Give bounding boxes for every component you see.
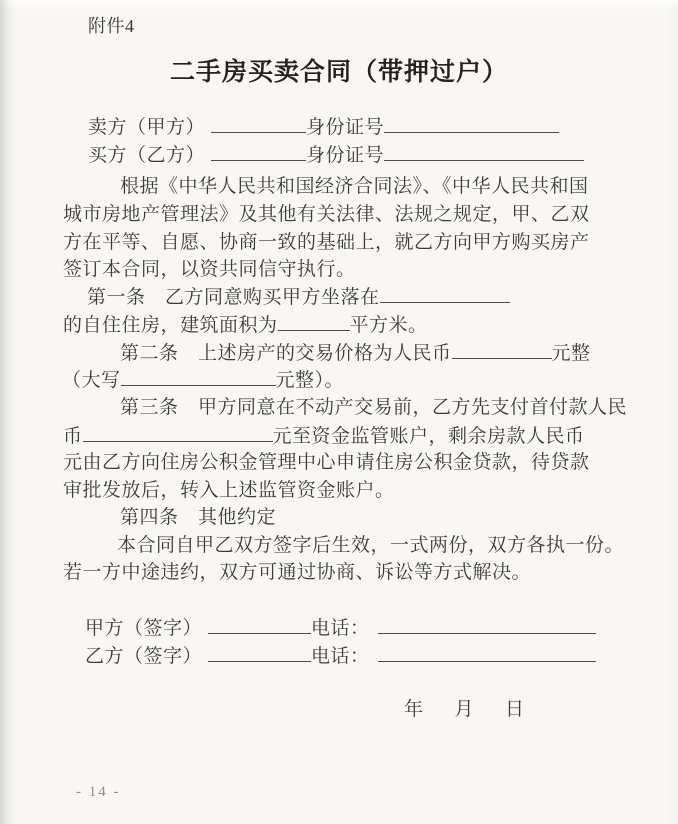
text-run: 根据《中华人民共和国经济合同法》、《中华人民共和国 [120,176,589,197]
blank-underline [278,313,350,331]
text-run: 元由乙方向住房公积金管理中心申请住房公积金贷款，待贷款 [63,452,590,473]
text-run: 买方（乙方） [88,145,205,166]
text-run: 甲方（签字） [85,618,202,639]
text-run: 币 [63,426,83,447]
blank-underline [384,115,559,133]
text-run: 身份证号 [306,117,384,138]
blank-underline [384,143,584,161]
blank-underline [380,285,510,303]
text-run: 电话： [311,618,370,639]
text-run: 卖方（甲方） [88,117,205,138]
spacer [474,714,505,715]
article-4-line-3: 若一方中途违约，双方可通过协商、诉讼等方式解决。 [63,561,531,584]
article-1-line-2: 的自住住房，建筑面积为平方米。 [63,313,428,337]
spacer [424,714,455,715]
text-run: 月 [455,699,475,720]
text-run: 第二条 上述房产的交易价格为人民币 [120,343,452,364]
text-run: 乙方（签字） [85,646,202,667]
party-b-signature-line: 乙方（签字）电话： [85,644,596,668]
preamble-line-2: 城市房地产管理法》及其他有关法律、法规之规定，甲、乙双 [63,203,590,226]
text-run: 日 [505,699,525,720]
text-run: 方在平等、自愿、协商一致的基础上，就乙方向甲方购买房产 [63,232,590,253]
article-2-line-2: （大写元整）。 [62,368,344,392]
party-a-signature-line: 甲方（签字）电话： [85,616,596,640]
spacer [370,633,378,634]
article-3-line-4: 审批发放后，转入上述监管资金账户。 [63,479,395,502]
blank-underline [121,368,276,386]
text-run: 城市房地产管理法》及其他有关法律、法规之规定，甲、乙双 [63,204,590,225]
text-run: 身份证号 [306,145,384,166]
preamble-line-4: 签订本合同，以资共同信守执行。 [63,258,356,281]
date-line: 年月日 [404,698,525,721]
blank-underline [378,616,596,634]
text-run: 第一条 乙方同意购买甲方坐落在 [87,287,380,308]
article-1-line-1: 第一条 乙方同意购买甲方坐落在 [87,285,510,309]
text-run: 电话： [311,646,370,667]
text-run: 元至资金监管账户，剩余房款人民币 [273,426,585,447]
article-4-line-1: 第四条 其他约定 [120,506,276,529]
page-number: - 14 - [76,784,121,801]
buyer-identity-line: 买方（乙方）身份证号 [88,143,584,167]
blank-underline [452,341,552,359]
blank-underline [208,616,311,634]
article-3-line-3: 元由乙方向住房公积金管理中心申请住房公积金贷款，待贷款 [63,451,590,474]
contract-scan-page: 附件4 二手房买卖合同（带押过户） 卖方（甲方）身份证号买方（乙方）身份证号根据… [0,0,678,824]
text-run: 签订本合同，以资共同信守执行。 [63,259,356,280]
text-run: （大写 [62,370,121,391]
attachment-label: 附件4 [88,12,135,38]
text-run: 年 [404,699,424,720]
text-run: 审批发放后，转入上述监管资金账户。 [63,480,395,501]
text-run: 第四条 其他约定 [120,507,276,528]
preamble-line-3: 方在平等、自愿、协商一致的基础上，就乙方向甲方购买房产 [63,231,590,254]
spacer [370,661,378,662]
blank-underline [378,644,596,662]
text-run: 平方米。 [350,315,428,336]
seller-identity-line: 卖方（甲方）身份证号 [88,115,559,139]
text-run: 若一方中途违约，双方可通过协商、诉讼等方式解决。 [63,562,531,583]
article-3-line-2: 币元至资金监管账户，剩余房款人民币 [63,424,585,448]
article-3-line-1: 第三条 甲方同意在不动产交易前，乙方先支付首付款人民 [120,396,627,419]
text-run: 元整）。 [276,370,345,391]
blank-underline [211,143,306,161]
blank-underline [208,644,311,662]
blank-underline [83,424,273,442]
text-run: 的自住住房，建筑面积为 [63,315,278,336]
text-run: 元整 [552,343,591,364]
preamble-line-1: 根据《中华人民共和国经济合同法》、《中华人民共和国 [120,175,589,198]
document-title: 二手房买卖合同（带押过户） [0,52,678,88]
text-run: 本合同自甲乙双方签字后生效，一式两份，双方各执一份。 [117,535,624,556]
article-2-line-1: 第二条 上述房产的交易价格为人民币元整 [120,341,591,365]
blank-underline [211,115,306,133]
article-4-line-2: 本合同自甲乙双方签字后生效，一式两份，双方各执一份。 [117,534,624,557]
text-run: 第三条 甲方同意在不动产交易前，乙方先支付首付款人民 [120,397,627,418]
